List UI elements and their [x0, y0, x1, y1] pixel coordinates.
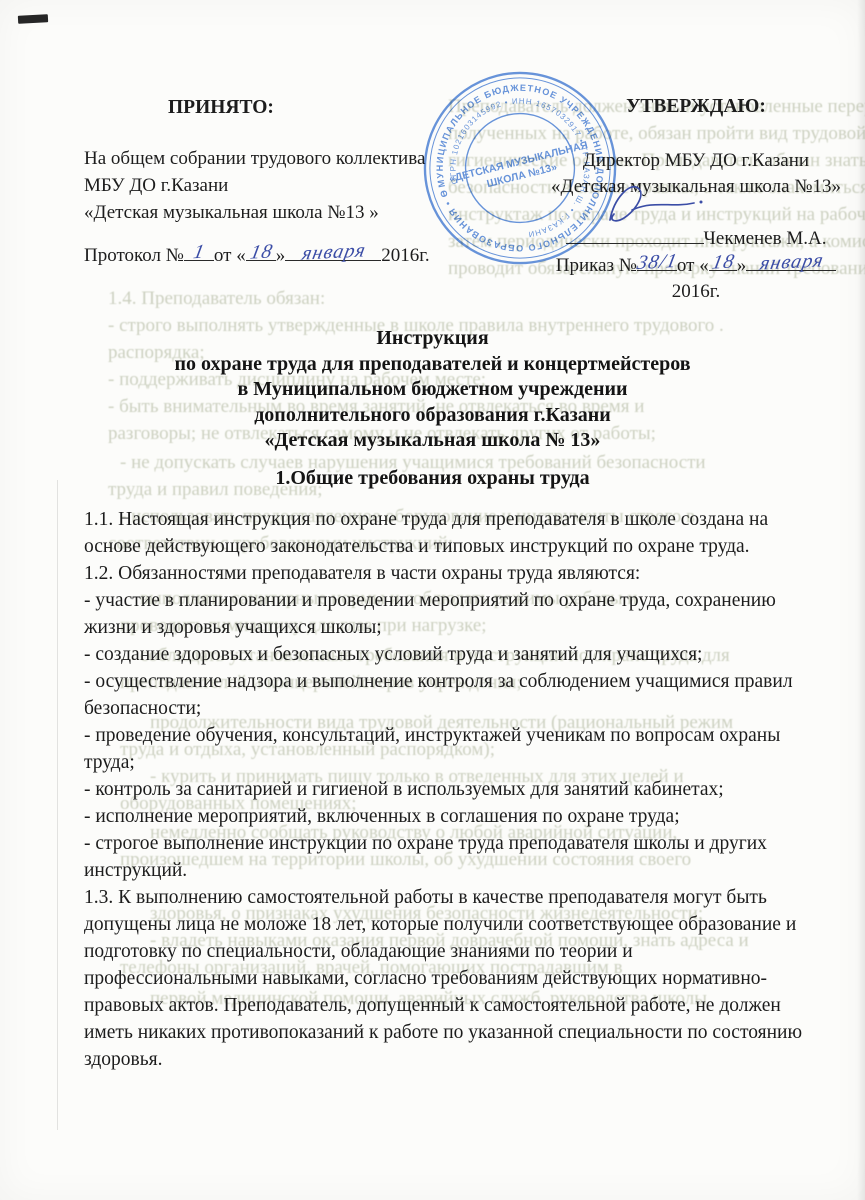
accepted-block: ПРИНЯТО: На общем собрании трудового кол…: [84, 94, 454, 269]
paper-crease: [57, 480, 58, 1130]
body-paragraph: 1.3. К выполнению самостоятельной работы…: [84, 884, 802, 1073]
protocol-day-blank: 18: [246, 242, 276, 261]
document-body: 1.1. Настоящая инструкция по охране труд…: [84, 506, 802, 1073]
scan-mark: [18, 14, 48, 24]
body-paragraph: - строгое выполнение инструкции по охран…: [84, 830, 802, 884]
order-day-handwritten: 18: [710, 248, 737, 275]
accepted-line-2: МБУ ДО г.Казани: [84, 172, 454, 199]
body-paragraph: - проведение обучения, консультаций, инс…: [84, 722, 802, 776]
title-line-1: Инструкция: [0, 326, 865, 352]
protocol-label: Протокол №: [84, 245, 184, 266]
protocol-year: 2016г.: [381, 245, 429, 266]
protocol-day-handwritten: 18: [248, 238, 276, 266]
order-label: Приказ №: [556, 255, 637, 276]
body-paragraph: - осуществление надзора и выполнение кон…: [84, 668, 802, 722]
protocol-month-handwritten: января: [299, 237, 368, 267]
protocol-number-blank: 1: [184, 242, 214, 261]
protocol-month-blank: января: [285, 242, 381, 261]
bleed-line: 1.4. Преподаватель обязан:: [108, 288, 325, 310]
title-line-4: дополнительного образования г.Казани: [0, 403, 865, 429]
body-paragraph: - исполнение мероприятий, включенных в с…: [84, 803, 802, 830]
body-paragraph: - создание здоровых и безопасных условий…: [84, 641, 802, 668]
title-line-3: в Муниципальном бюджетном учреждении: [0, 377, 865, 403]
order-number-handwritten: 38/1: [635, 248, 680, 276]
document-page: Преподаватель должен знать и установленн…: [0, 0, 865, 1200]
order-month-blank: января: [746, 252, 836, 271]
protocol-line: Протокол №1от «18»января2016г.: [84, 242, 454, 269]
title-line-5: «Детская музыкальная школа № 13»: [0, 428, 865, 454]
body-paragraph: - участие в планировании и проведении ме…: [84, 587, 802, 641]
order-quote: »: [737, 255, 747, 276]
order-number-blank: 38/1: [637, 252, 677, 271]
document-title: Инструкция по охране труда для преподава…: [0, 326, 865, 454]
protocol-from: от «: [214, 245, 246, 266]
order-day-blank: 18: [709, 252, 737, 271]
body-paragraph: 1.2. Обязанностями преподавателя в части…: [84, 560, 802, 587]
body-paragraph: - контроль за санитарией и гигиеной в ис…: [84, 776, 802, 803]
order-year: 2016г.: [672, 281, 720, 302]
order-line: Приказ №38/1от «18»января2016г.: [538, 252, 854, 305]
title-line-2: по охране труда для преподавателей и кон…: [0, 352, 865, 378]
protocol-number-handwritten: 1: [191, 239, 207, 267]
order-from: от «: [677, 255, 709, 276]
accepted-heading: ПРИНЯТО:: [84, 94, 454, 121]
accepted-line-1: На общем собрании трудового коллектива: [84, 145, 454, 172]
section-heading: 1.Общие требования охраны труда: [0, 467, 865, 490]
protocol-quote: »: [276, 245, 286, 266]
order-month-handwritten: января: [757, 247, 826, 276]
body-paragraph: 1.1. Настоящая инструкция по охране труд…: [84, 506, 802, 560]
director-signature: [596, 176, 746, 234]
accepted-line-3: «Детская музыкальная школа №13 »: [84, 199, 454, 226]
